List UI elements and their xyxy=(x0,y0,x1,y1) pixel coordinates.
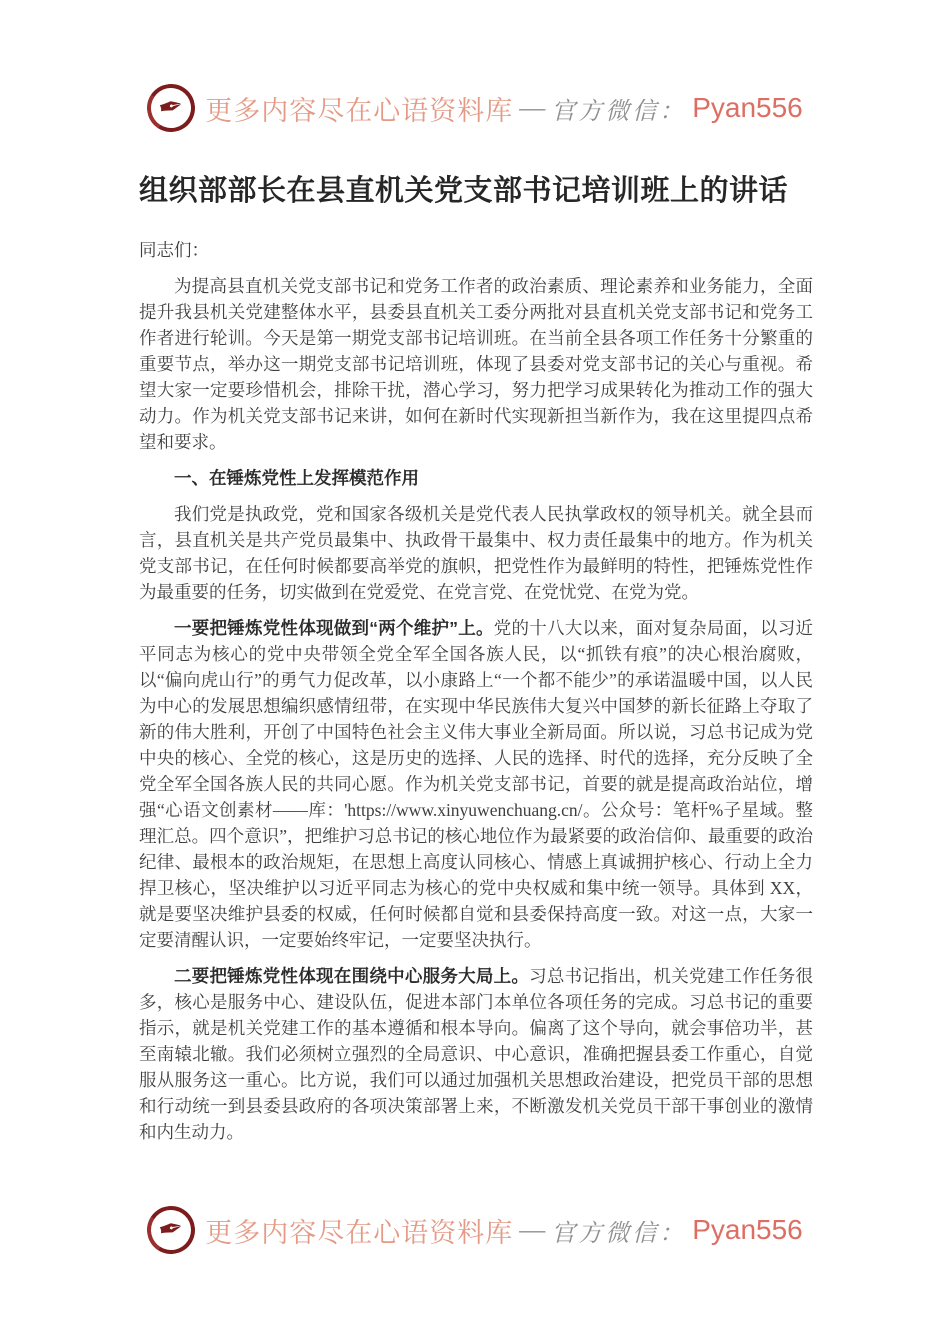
watermark-main-text: 更多内容尽在心语资料库 xyxy=(205,89,513,128)
paragraph-lead-2: 二要把锤炼党性体现在围绕中心服务大局上。 xyxy=(174,966,529,986)
document-page: ✒ 更多内容尽在心语资料库 — 官方微信： Pyan556 组织部部长在县直机关… xyxy=(0,0,950,1344)
watermark-main-text: 更多内容尽在心语资料库 xyxy=(205,1211,513,1250)
salutation: 同志们： xyxy=(139,237,813,263)
paragraph-party-nature: 我们党是执政党，党和国家各级机关是党代表人民执掌政权的领导机关。就全县而言，县直… xyxy=(139,501,813,605)
pen-nib-icon: ✒ xyxy=(143,80,200,137)
paragraph-lead-1: 一要把锤炼党性体现做到“两个维护”上。 xyxy=(174,618,494,638)
watermark-wechat-label: 官方微信： xyxy=(551,91,686,126)
document-body: 组织部部长在县直机关党支部书记培训班上的讲话 同志们： 为提高县直机关党支部书记… xyxy=(139,172,813,1155)
footer-watermark: ✒ 更多内容尽在心语资料库 — 官方微信： Pyan556 xyxy=(0,1206,950,1254)
paragraph-text-1: 党的十八大以来，面对复杂局面，以习近平同志为核心的党中央带领全党全军全国各族人民… xyxy=(139,618,813,950)
watermark-wechat-label: 官方微信： xyxy=(551,1213,686,1248)
paragraph-serve-center: 二要把锤炼党性体现在围绕中心服务大局上。习总书记指出，机关党建工作任务很多，核心… xyxy=(139,963,813,1145)
section-heading-1: 一、在锤炼党性上发挥模范作用 xyxy=(139,465,813,491)
watermark-wechat-id: Pyan556 xyxy=(692,1214,803,1246)
watermark-dash: — xyxy=(519,93,545,123)
paragraph-intro: 为提高县直机关党支部书记和党务工作者的政治素质、理论素养和业务能力，全面提升我县… xyxy=(139,273,813,455)
pen-nib-icon: ✒ xyxy=(143,1202,200,1259)
paragraph-text-2: 习总书记指出，机关党建工作任务很多，核心是服务中心、建设队伍，促进本部门本单位各… xyxy=(139,966,813,1142)
watermark-wechat-id: Pyan556 xyxy=(692,92,803,124)
document-title: 组织部部长在县直机关党支部书记培训班上的讲话 xyxy=(139,172,813,210)
watermark-dash: — xyxy=(519,1215,545,1245)
paragraph-two-upholds: 一要把锤炼党性体现做到“两个维护”上。党的十八大以来，面对复杂局面，以习近平同志… xyxy=(139,615,813,953)
header-watermark: ✒ 更多内容尽在心语资料库 — 官方微信： Pyan556 xyxy=(0,84,950,132)
